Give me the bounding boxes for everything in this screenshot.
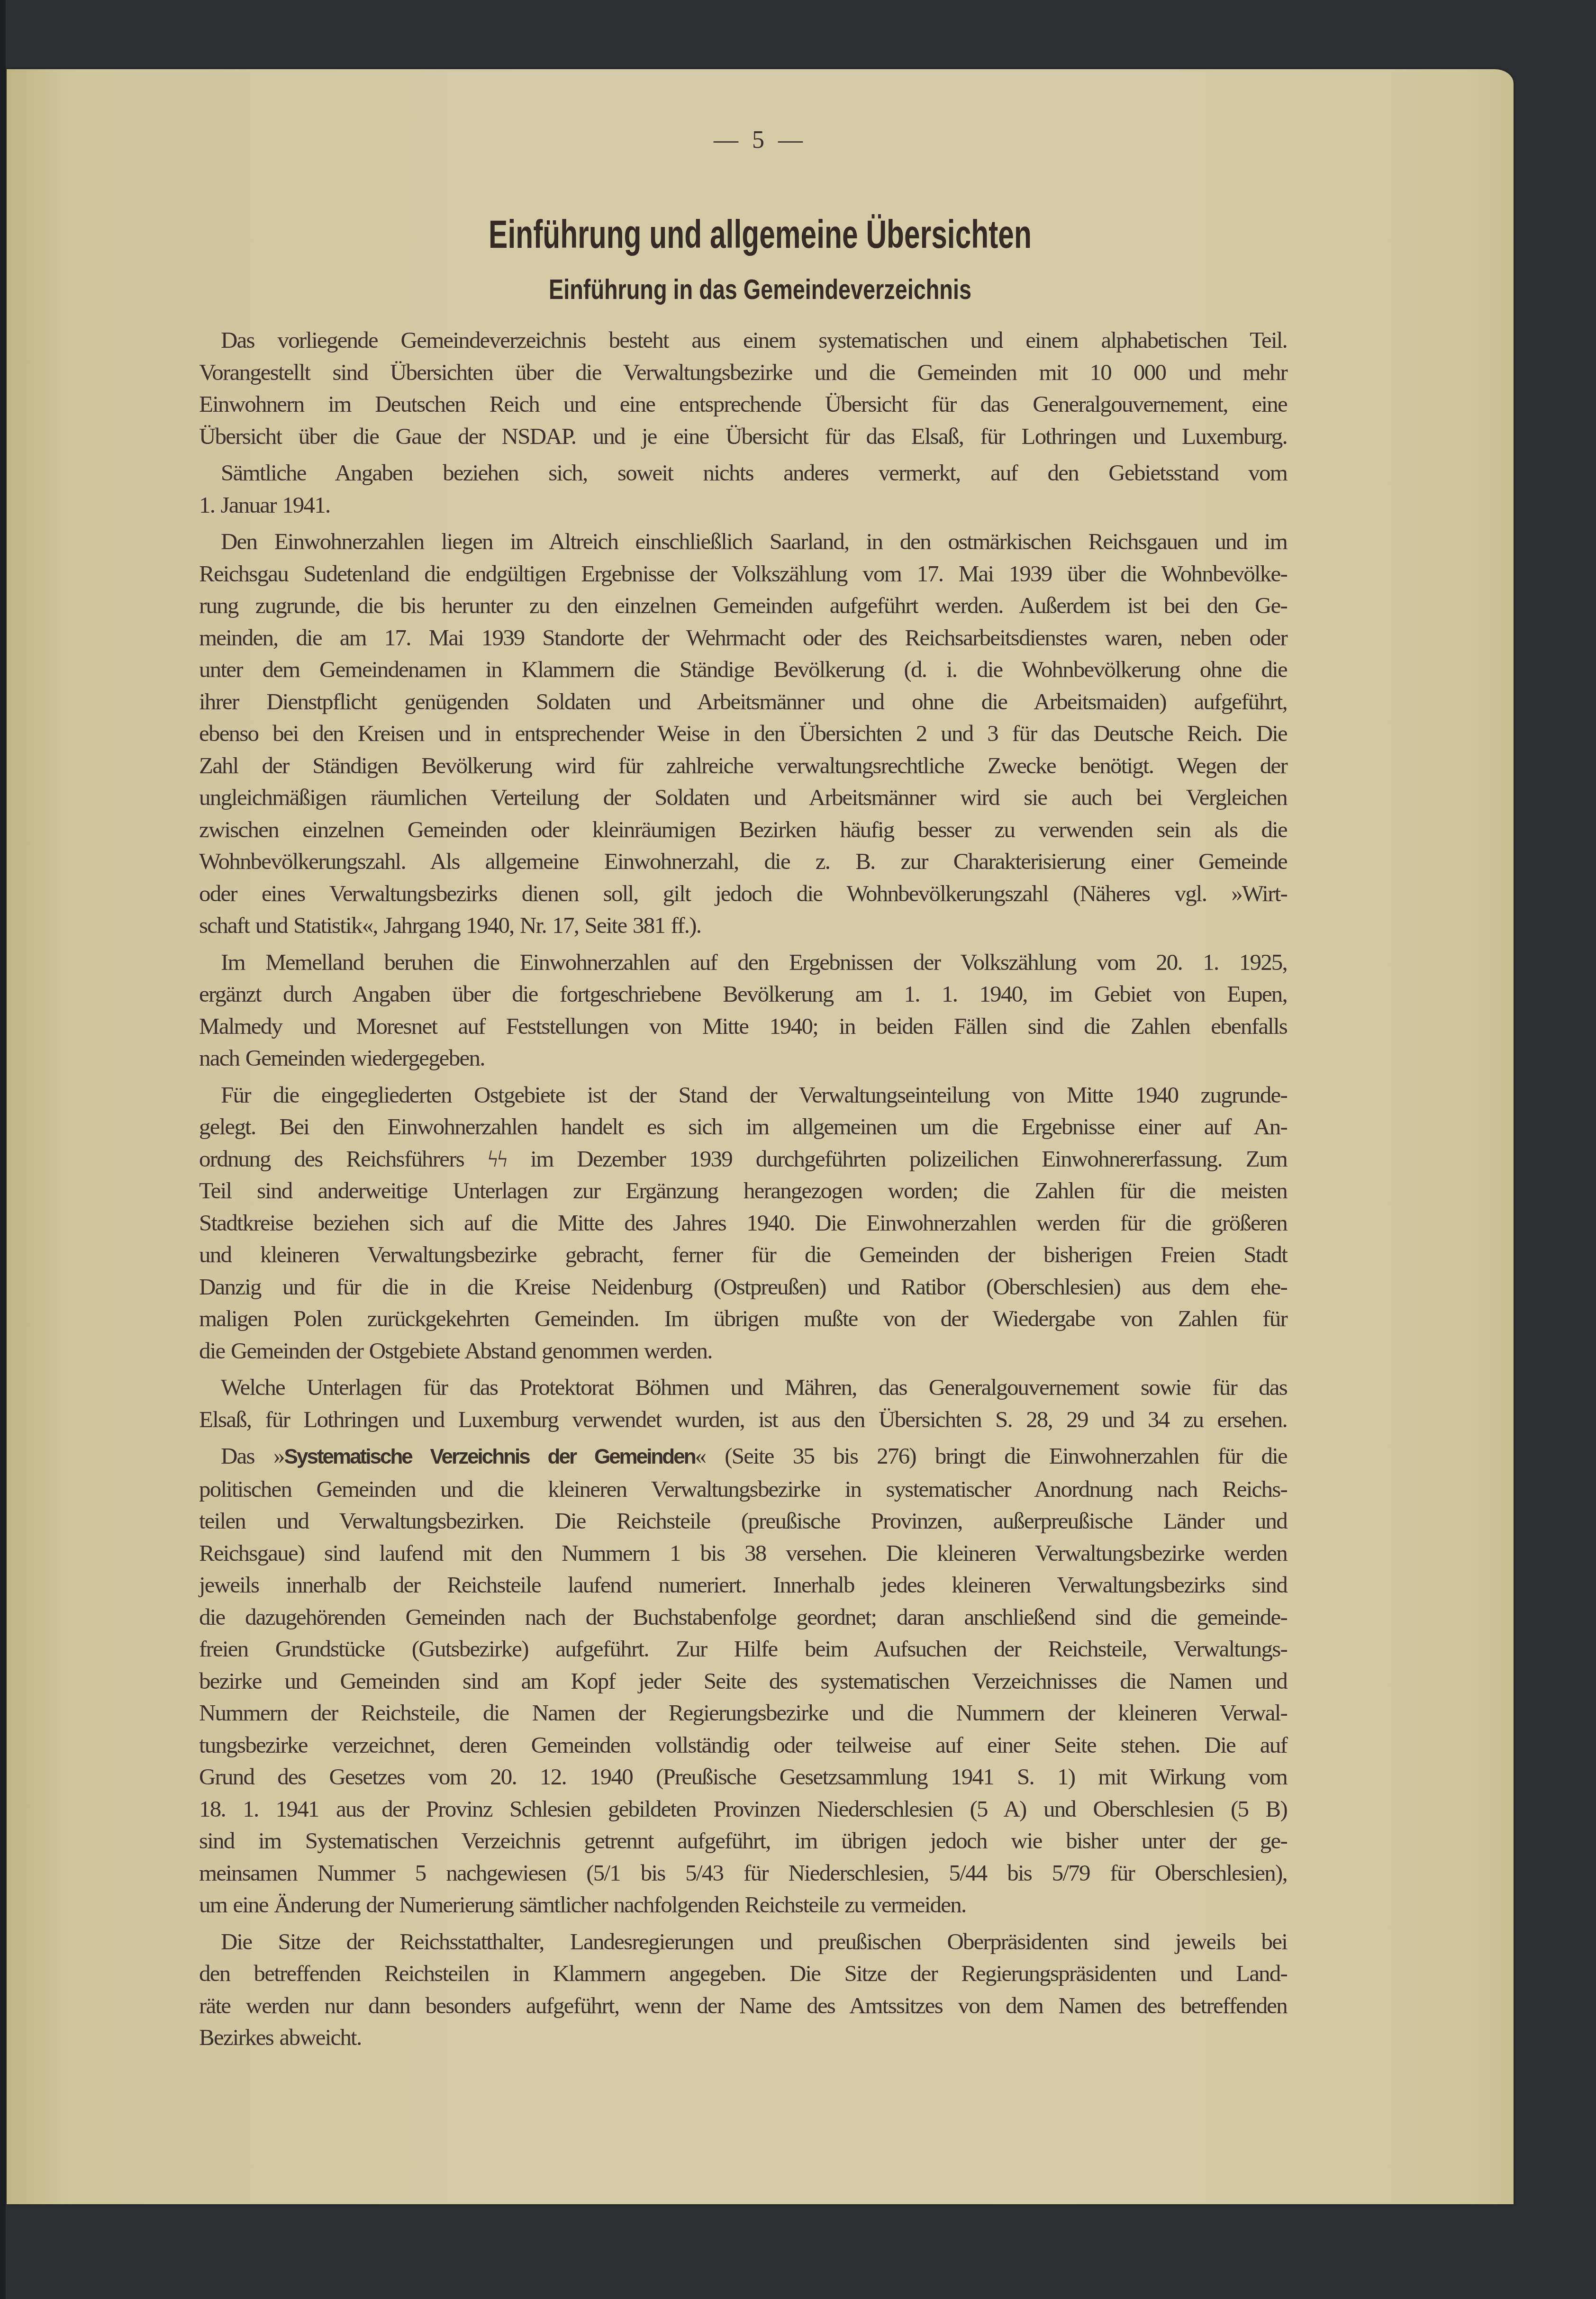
text-line: teilen und Verwaltungsbezirken. Die Reic… [199, 1505, 1287, 1537]
text-line: Vorangestellt sind Übersichten über die … [199, 356, 1287, 389]
text-line: Sämtliche Angaben beziehen sich, soweit … [199, 457, 1287, 489]
page-number-dash-right: — [778, 126, 807, 154]
paragraph-intro: Das vorliegende Gemeindeverzeichnis best… [199, 324, 1287, 452]
text-line: 18. 1. 1941 aus der Provinz Schlesien ge… [199, 1793, 1287, 1825]
text-line: Einwohnern im Deutschen Reich und eine e… [199, 388, 1287, 420]
text-line: Danzig und für die in die Kreise Neidenb… [199, 1271, 1287, 1303]
text-line: tungsbezirke verzeichnet, deren Gemeinde… [199, 1729, 1287, 1761]
text-line: ungleichmäßigen räumlichen Verteilung de… [199, 781, 1287, 814]
page-number-value: 5 [752, 126, 768, 154]
paragraph-memelland: Im Memelland beruhen die Einwohnerzahlen… [199, 946, 1287, 1074]
text-line: Für die eingegliederten Ostgebiete ist d… [199, 1079, 1287, 1111]
emphasis-systematisches-verzeichnis: Systematische Verzeichnis der Gemeinden [284, 1445, 695, 1468]
page-number-dash-left: — [714, 126, 742, 154]
text-line: ihrer Dienstpflicht genügenden Soldaten … [199, 686, 1287, 718]
text-line: zwischen einzelnen Gemeinden oder kleinr… [199, 814, 1287, 846]
text-line: unter dem Gemeindenamen in Klammern die … [199, 653, 1287, 686]
document-page: — 5 — Einführung und allgemeine Übersich… [7, 69, 1514, 2204]
text-line: Die Sitze der Reichsstatthalter, Landesr… [199, 1926, 1287, 1958]
page-title: Einführung und allgemeine Übersichten [218, 211, 1303, 257]
text-fragment: « (Seite 35 bis 276) bringt die Einwohne… [695, 1443, 1287, 1469]
text-line: freien Grundstücke (Gutsbezirke) aufgefü… [199, 1633, 1287, 1665]
text-line: Malmedy und Moresnet auf Feststellungen … [199, 1010, 1287, 1042]
paragraph-sitze: Die Sitze der Reichsstatthalter, Landesr… [199, 1926, 1287, 2054]
text-line: meinden, die am 17. Mai 1939 Standorte d… [199, 622, 1287, 654]
section-subtitle: Einführung in das Gemeindeverzeichnis [172, 273, 1348, 306]
paragraph-unterlagen: Welche Unterlagen für das Protektorat Bö… [199, 1371, 1287, 1435]
text-line: gelegt. Bei den Einwohnerzahlen handelt … [199, 1111, 1287, 1143]
text-line: ordnung des Reichsführers ϟϟ im Dezember… [199, 1143, 1287, 1175]
paragraph-ostgebiete: Für die eingegliederten Ostgebiete ist d… [199, 1079, 1287, 1367]
text-line: ergänzt durch Angaben über die fortgesch… [199, 978, 1287, 1010]
text-line: rung zugrunde, die bis herunter zu den e… [199, 589, 1287, 622]
text-line: 1. Januar 1941. [199, 489, 1287, 521]
text-line: und kleineren Verwaltungsbezirke gebrach… [199, 1239, 1287, 1271]
text-line: Übersicht über die Gaue der NSDAP. und j… [199, 420, 1287, 453]
text-line: bezirke und Gemeinden sind am Kopf jeder… [199, 1665, 1287, 1697]
text-line: sind im Systematischen Verzeichnis getre… [199, 1825, 1287, 1857]
text-line: Nummern der Reichsteile, die Namen der R… [199, 1697, 1287, 1729]
text-line: maligen Polen zurückgekehrten Gemeinden.… [199, 1303, 1287, 1335]
text-line: jeweils innerhalb der Reichsteile laufen… [199, 1569, 1287, 1601]
text-line: Zahl der Ständigen Bevölkerung wird für … [199, 750, 1287, 782]
body-text: Das vorliegende Gemeindeverzeichnis best… [199, 324, 1287, 2058]
text-line: die Gemeinden der Ostgebiete Abstand gen… [199, 1335, 1287, 1367]
text-line: Reichsgau Sudetenland die endgültigen Er… [199, 558, 1287, 590]
text-line: Bezirkes abweicht. [199, 2021, 1287, 2054]
text-line: die dazugehörenden Gemeinden nach der Bu… [199, 1601, 1287, 1633]
text-line: Elsaß, für Lothringen und Luxemburg verw… [199, 1403, 1287, 1436]
text-line: politischen Gemeinden und die kleineren … [199, 1473, 1287, 1505]
text-line: Das vorliegende Gemeindeverzeichnis best… [199, 324, 1287, 356]
text-line: Stadtkreise beziehen sich auf die Mitte … [199, 1207, 1287, 1239]
text-line: um eine Änderung der Numerierung sämtlic… [199, 1889, 1287, 1921]
paragraph-einwohnerzahlen: Den Einwohnerzahlen liegen im Altreich e… [199, 525, 1287, 941]
text-line: räte werden nur dann besonders aufgeführ… [199, 1990, 1287, 2022]
text-line: schaft und Statistik«, Jahrgang 1940, Nr… [199, 909, 1287, 941]
text-fragment: Das » [221, 1443, 284, 1469]
text-line: ebenso bei den Kreisen und in entspreche… [199, 717, 1287, 750]
page-number: — 5 — [7, 126, 1514, 154]
paragraph-gebietsstand: Sämtliche Angaben beziehen sich, soweit … [199, 457, 1287, 521]
text-line: oder eines Verwaltungsbezirks dienen sol… [199, 878, 1287, 910]
paragraph-systematisches-verzeichnis: Das »Systematische Verzeichnis der Gemei… [199, 1440, 1287, 1921]
text-line: Wohnbevölkerungszahl. Als allgemeine Ein… [199, 845, 1287, 878]
text-line: Grund des Gesetzes vom 20. 12. 1940 (Pre… [199, 1761, 1287, 1793]
text-line: Den Einwohnerzahlen liegen im Altreich e… [199, 525, 1287, 558]
text-line: nach Gemeinden wiedergegeben. [199, 1042, 1287, 1074]
text-line: Das »Systematische Verzeichnis der Gemei… [199, 1440, 1287, 1473]
text-line: Teil sind anderweitige Unterlagen zur Er… [199, 1175, 1287, 1207]
text-line: Im Memelland beruhen die Einwohnerzahlen… [199, 946, 1287, 978]
text-line: meinsamen Nummer 5 nachgewiesen (5/1 bis… [199, 1857, 1287, 1889]
text-line: den betreffenden Reichsteilen in Klammer… [199, 1957, 1287, 1990]
book-spine-edge [0, 0, 6, 2299]
text-line: Reichsgaue) sind laufend mit den Nummern… [199, 1537, 1287, 1569]
text-line: Welche Unterlagen für das Protektorat Bö… [199, 1371, 1287, 1403]
